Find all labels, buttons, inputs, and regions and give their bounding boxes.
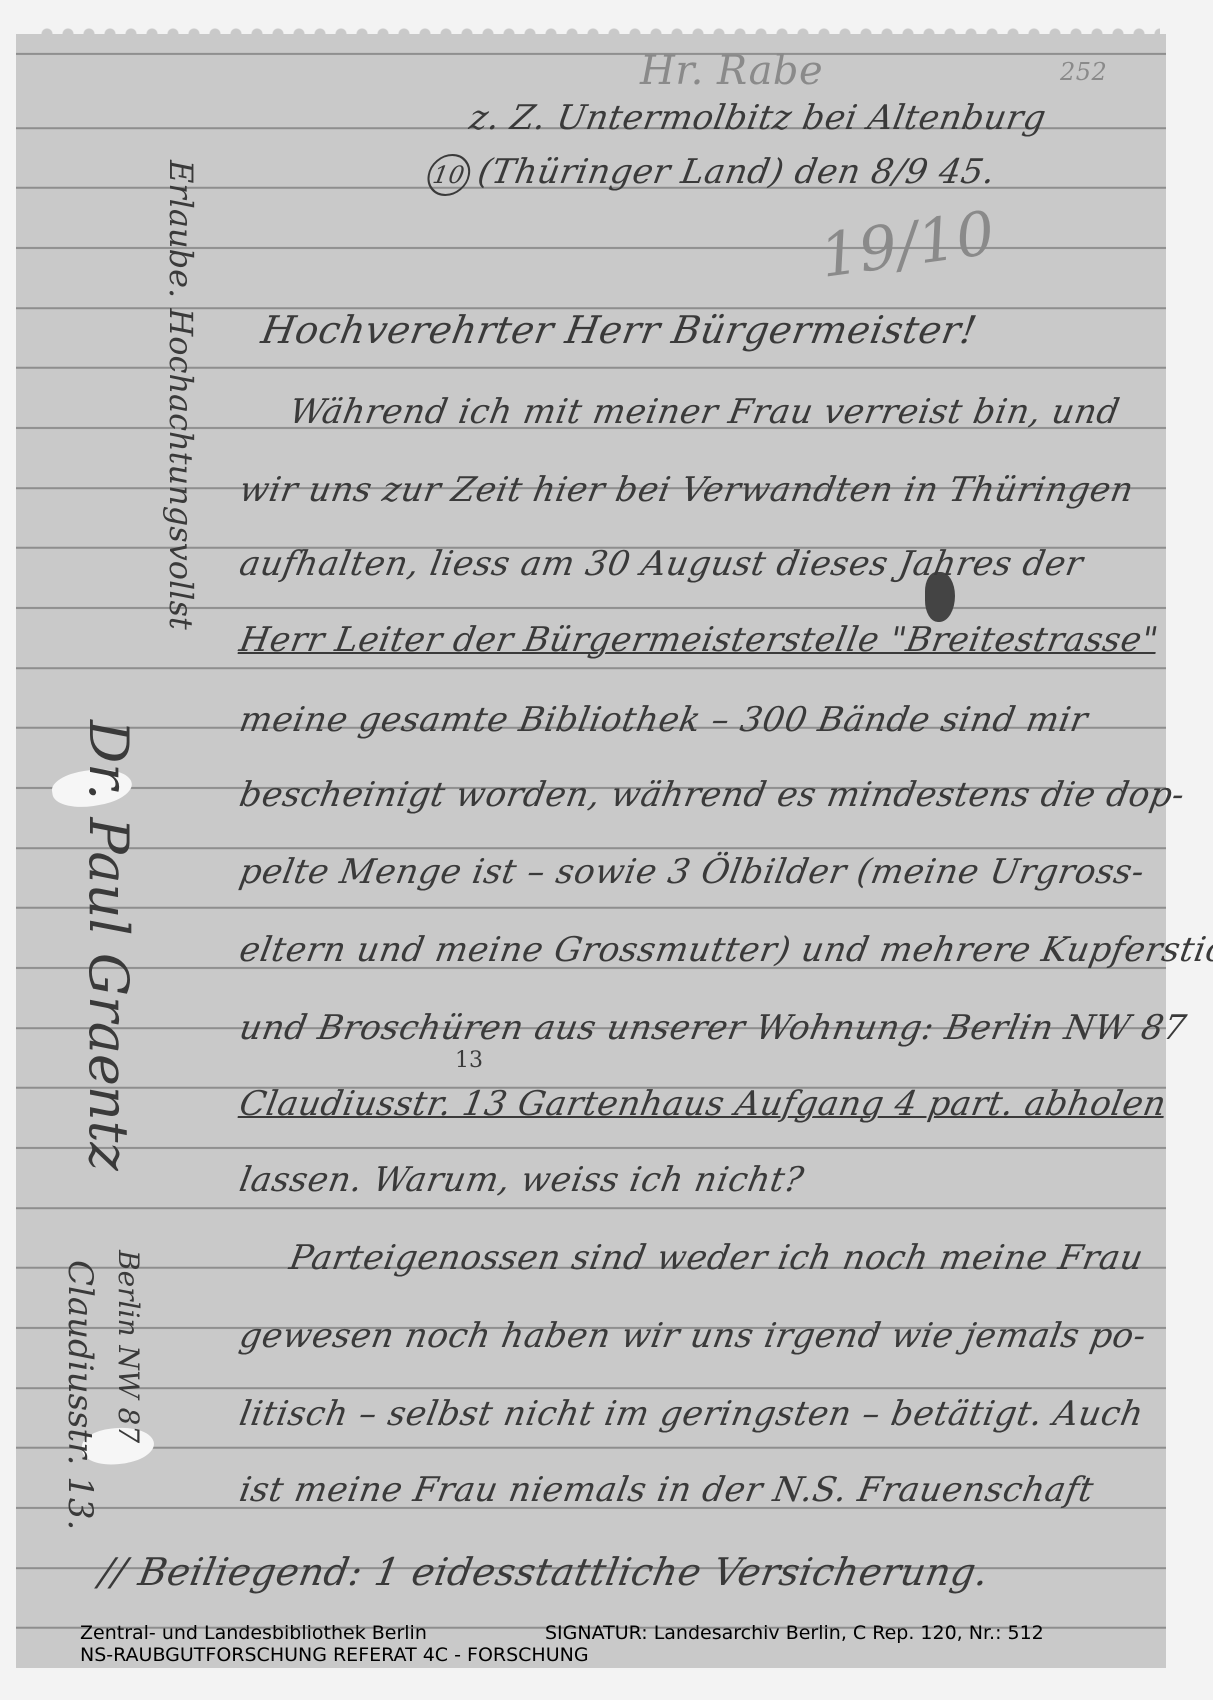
date-line: (Thüringer Land) den 8/9 45. xyxy=(475,152,999,192)
body-line: ist meine Frau niemals in der N.S. Fraue… xyxy=(236,1470,1096,1510)
archive-page-number: 252 xyxy=(1060,58,1107,86)
footer-department: NS-RAUBGUTFORSCHUNG REFERAT 4C - FORSCHU… xyxy=(80,1645,589,1665)
body-line: gewesen noch haben wir uns irgend wie je… xyxy=(236,1316,1149,1356)
body-line: Parteigenossen sind weder ich noch meine… xyxy=(286,1238,1146,1278)
body-line: lassen. Warum, weiss ich nicht? xyxy=(236,1160,807,1200)
address-correction-inserted: 13 xyxy=(455,1048,483,1073)
body-line: meine gesamte Bibliothek – 300 Bände sin… xyxy=(236,700,1091,740)
footer-signatur: SIGNATUR: Landesarchiv Berlin, C Rep. 12… xyxy=(545,1623,1044,1643)
body-line: litisch – selbst nicht im geringsten – b… xyxy=(236,1394,1146,1434)
footer-library: Zentral- und Landesbibliothek Berlin xyxy=(80,1623,427,1643)
circled-number: 10 xyxy=(424,154,473,196)
body-line: pelte Menge ist – sowie 3 Ölbilder (mein… xyxy=(236,852,1147,892)
date-line-wrapper: 10(Thüringer Land) den 8/9 45. xyxy=(424,152,998,196)
enclosure-note: // Beiliegend: 1 eidesstattliche Versich… xyxy=(96,1550,992,1594)
body-line: aufhalten, liess am 30 August dieses Jah… xyxy=(236,544,1086,584)
perforated-edge xyxy=(40,28,1160,40)
body-line: Claudiusstr. 13 Gartenhaus Aufgang 4 par… xyxy=(236,1084,1169,1124)
place-line: z. Z. Untermolbitz bei Altenburg xyxy=(466,98,1049,138)
body-line: Herr Leiter der Bürgermeisterstelle "Bre… xyxy=(236,620,1161,660)
margin-closing-note: Erlaube. Hochachtungsvollst xyxy=(162,160,200,630)
margin-signature: Dr. Paul Graentz xyxy=(77,720,140,1171)
body-line: wir uns zur Zeit hier bei Verwandten in … xyxy=(236,470,1136,510)
salutation: Hochverehrter Herr Bürgermeister! xyxy=(258,308,980,352)
body-line: eltern und meine Grossmutter) und mehrer… xyxy=(236,930,1213,970)
margin-address-2: Claudiusstr. 13. xyxy=(60,1260,100,1530)
body-line: und Broschüren aus unserer Wohnung: Berl… xyxy=(236,1008,1189,1048)
margin-address-1: Berlin NW 87 xyxy=(112,1250,145,1443)
body-line: Während ich mit meiner Frau verreist bin… xyxy=(286,392,1122,432)
pencil-name-note: Hr. Rabe xyxy=(640,48,823,94)
body-line: bescheinigt worden, während es mindesten… xyxy=(236,775,1187,815)
